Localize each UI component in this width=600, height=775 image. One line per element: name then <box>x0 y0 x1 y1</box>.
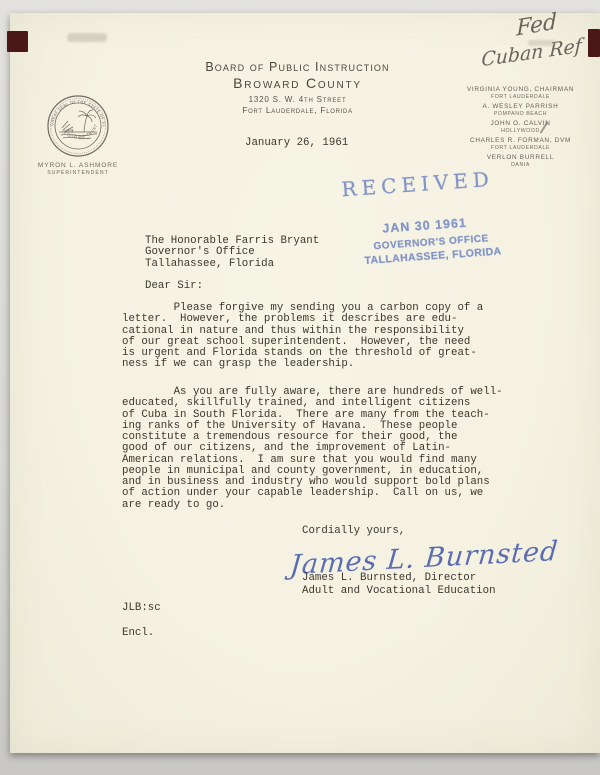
superintendent-name: MYRON L. ASHMORE <box>26 162 130 170</box>
signer-name-typed: James L. Burnsted, Director <box>302 573 476 584</box>
board-member-name: CHARLES R. FORMAN, DVM <box>448 137 593 145</box>
letterhead: Board of Public Instruction Broward Coun… <box>115 60 480 116</box>
complimentary-closing: Cordially yours, <box>302 526 405 537</box>
board-member: JOHN O. CALVIN HOLLYWOOD <box>448 120 593 135</box>
board-member: CHARLES R. FORMAN, DVM FORT LAUDERDALE <box>448 137 593 152</box>
stamp-received-text: RECEIVED <box>341 167 495 202</box>
scan-artifact-left-square <box>7 31 28 52</box>
pencil-smudge-top-left <box>67 33 107 42</box>
board-member-name: A. WESLEY PARRISH <box>448 103 593 111</box>
signer-title-typed: Adult and Vocational Education <box>302 586 496 597</box>
board-member-city: FORT LAUDERDALE <box>448 145 593 152</box>
letter-date: January 26, 1961 <box>245 137 348 149</box>
board-member: VIRGINIA YOUNG, CHAIRMAN FORT LAUDERDALE <box>448 86 593 101</box>
board-member: A. WESLEY PARRISH POMPANO BEACH <box>448 103 593 118</box>
board-member-city: FORT LAUDERDALE <box>448 94 593 101</box>
letter-content: Fed Cuban Ref Board of Public Instructio… <box>0 0 600 775</box>
letterhead-street: 1320 S. W. 4th Street <box>115 94 480 105</box>
board-member-city: HOLLYWOOD <box>448 128 593 135</box>
seal-scene <box>59 110 97 139</box>
body-paragraph-2: As you are fully aware, there are hundre… <box>122 387 503 511</box>
superintendent-title: SUPERINTENDENT <box>26 170 130 177</box>
florida-state-seal-icon: GREAT SEAL OF THE STATE OF FLORIDA IN GO… <box>46 94 110 158</box>
scanned-letter-page: Fed Cuban Ref Board of Public Instructio… <box>0 0 600 775</box>
superintendent-caption: MYRON L. ASHMORE SUPERINTENDENT <box>26 162 130 177</box>
stamp-date: JAN 30 1961 <box>382 216 467 236</box>
board-member-name: JOHN O. CALVIN <box>448 120 593 128</box>
board-member-city: POMPANO BEACH <box>448 111 593 118</box>
eraser-smudge-top-right <box>528 40 556 46</box>
board-member-name: VIRGINIA YOUNG, CHAIRMAN <box>448 86 593 94</box>
board-member-list: VIRGINIA YOUNG, CHAIRMAN FORT LAUDERDALE… <box>448 86 593 171</box>
board-member: VERLON BURRELL DANIA <box>448 154 593 169</box>
scan-artifact-right-square <box>588 29 600 57</box>
typist-reference: JLB:sc <box>122 603 161 614</box>
body-paragraph-1: Please forgive my sending you a carbon c… <box>122 303 483 371</box>
letterhead-org-line1: Board of Public Instruction <box>115 60 480 75</box>
received-stamp: RECEIVED JAN 30 1961 GOVERNOR'S OFFICE T… <box>327 166 514 278</box>
handwritten-note-top: Fed <box>516 9 557 42</box>
letterhead-org-line2: Broward County <box>115 75 480 92</box>
salutation: Dear Sir: <box>145 281 203 292</box>
letterhead-city: Fort Lauderdale, Florida <box>115 105 480 116</box>
board-member-name: VERLON BURRELL <box>448 154 593 162</box>
recipient-address: The Honorable Farris Bryant Governor's O… <box>145 236 319 270</box>
enclosure-notation: Encl. <box>122 628 154 639</box>
